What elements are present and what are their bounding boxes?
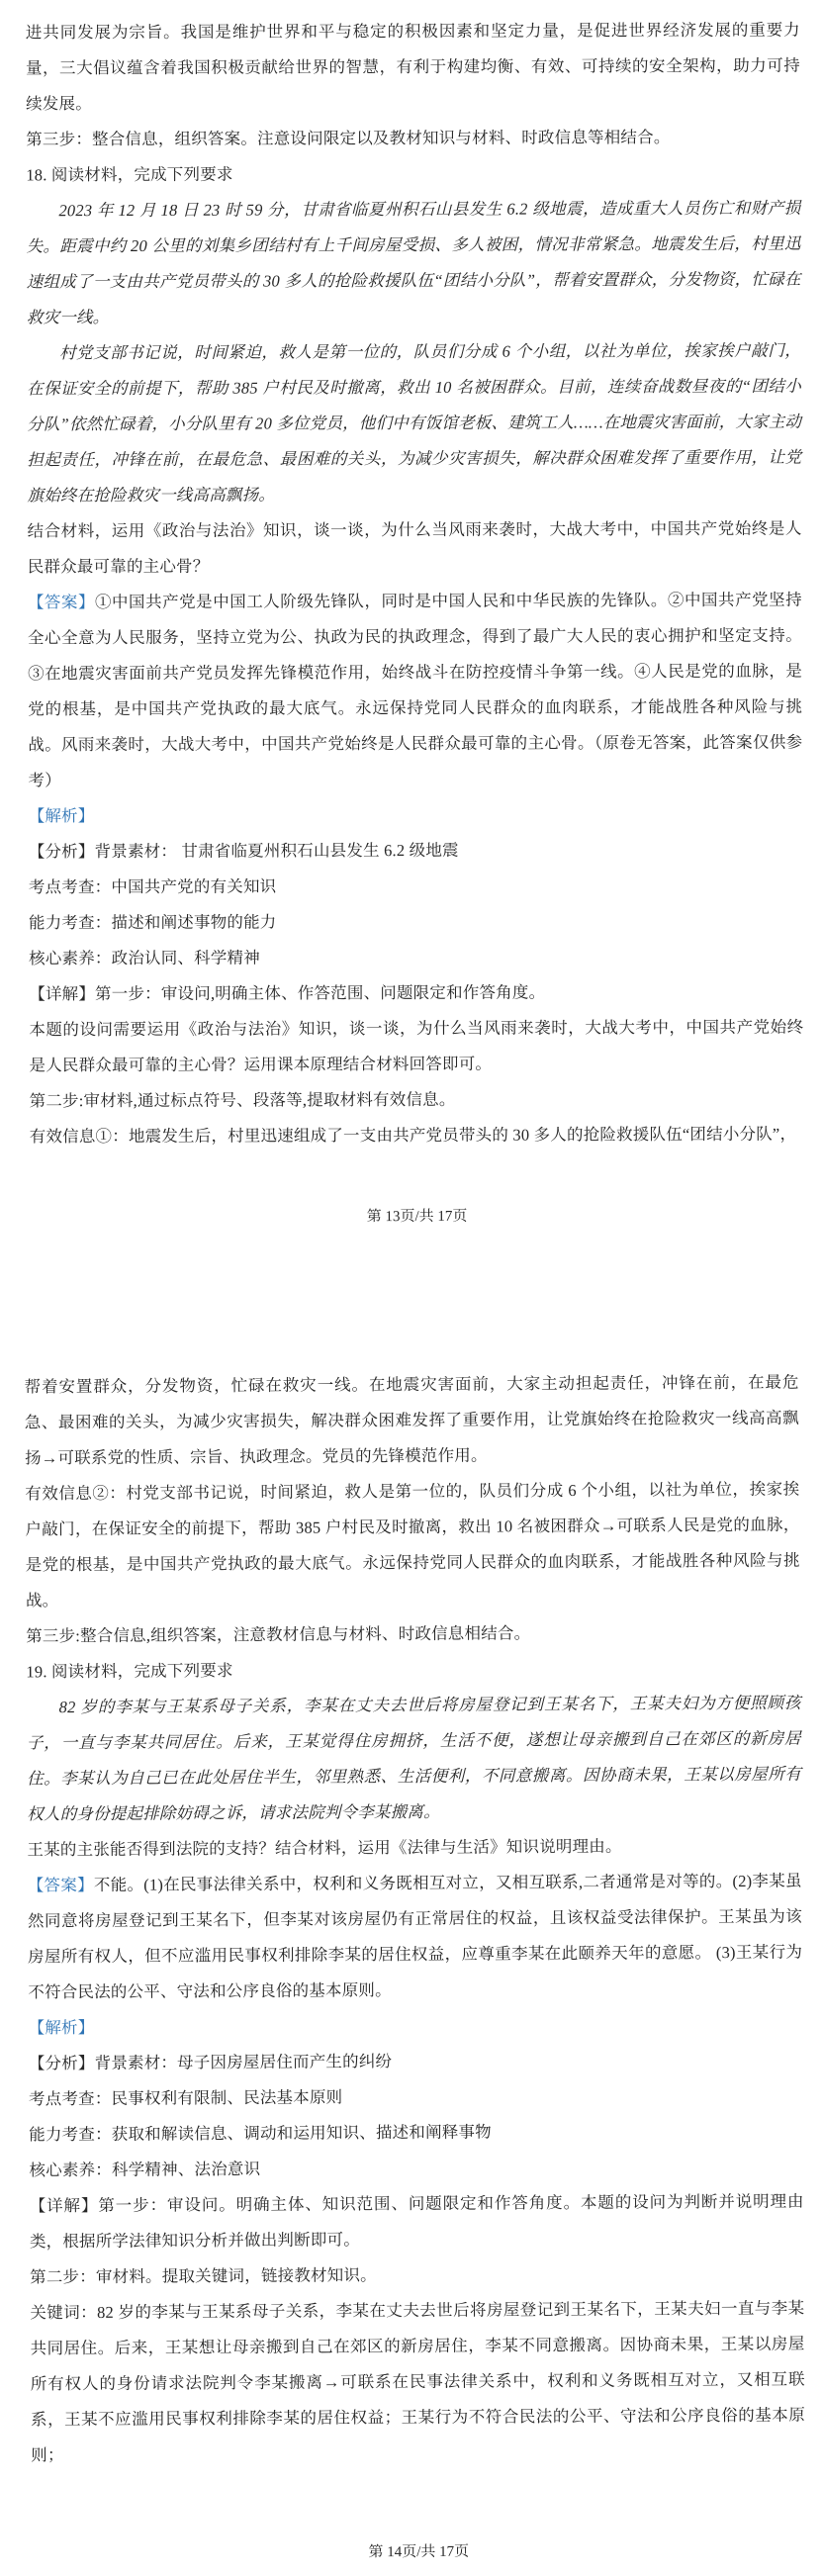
page-14: 帮着安置群众，分发物资，忙碌在救灾一线。在地震灾害面前，大家主动担起责任，冲锋在… <box>0 1288 822 2576</box>
answer-label: 【答案】 <box>28 593 95 611</box>
keywords-line: 关键词：82 岁的李某与王某系母子关系，李某在丈夫去世后将房屋登记到王某名下，王… <box>30 2291 805 2474</box>
analysis-section-label: 【解析】 <box>28 2006 802 2047</box>
detail-step1-body: 本题的设问需要运用《政治与法治》知识，谈一谈，为什么当风雨来袭时，大战大考中，中… <box>29 1010 803 1084</box>
effective-info-2-line: 有效信息②：村党支部书记说，时间紧迫，救人是第一位的，队员们分成 6 个小组，以… <box>25 1472 800 1619</box>
answer-label: 【答案】 <box>28 1876 94 1894</box>
question-19-answer-paragraph: 【答案】不能。(1)在民事法律关系中，权利和义务既相互对立，又相互联系,二者通常… <box>28 1864 803 2011</box>
question-19-prompt: 王某的主张能否得到法院的支持？结合材料，运用《法律与生活》知识说明理由。 <box>27 1828 801 1869</box>
answer-text: 不能。(1)在民事法律关系中，权利和义务既相互对立，又相互联系,二者通常是对等的… <box>28 1872 802 2002</box>
question-18-prompt: 结合材料，运用《政治与法治》知识，谈一谈，为什么当风雨来袭时，大战大考中，中国共… <box>28 511 802 586</box>
background-material-line: 【分析】背景素材： 甘肃省临夏州积石山县发生 6.2 级地震 <box>29 832 803 871</box>
document: 进共同发展为宗旨。我国是维护世界和平与稳定的积极因素和坚定力量，是促进世界经济发… <box>0 0 822 2576</box>
question-18-heading: 18. 阅读材料，完成下列要求 <box>26 155 800 194</box>
question-19-material-paragraph: 82 岁的李某与王某系母子关系，李某在丈夫去世后将房屋登记到王某名下，王某夫妇为… <box>26 1686 801 1833</box>
exam-point-line: 考点考查：中国共产党的有关知识 <box>29 868 803 906</box>
detail-step2-line: 第二步：审材料。提取关键词，链接教材知识。 <box>30 2255 804 2296</box>
detail-step1-line: 【详解】第一步：审设问,明确主体、作答范围、问题限定和作答角度。 <box>29 974 803 1013</box>
page-13: 进共同发展为宗旨。我国是维护世界和平与稳定的积极因素和坚定力量，是促进世界经济发… <box>0 0 822 1288</box>
effective-info-1-continuation: 帮着安置群众，分发物资，忙碌在救灾一线。在地震灾害面前，大家主动担起责任，冲锋在… <box>25 1365 800 1477</box>
analysis-label: 【解析】 <box>29 2018 95 2037</box>
core-literacy-line: 核心素养：政治认同、科学精神 <box>29 939 803 977</box>
question-18-answer-paragraph: 【答案】①中国共产党是中国工人阶级先锋队，同时是中国人民和中华民族的先锋队。②中… <box>28 583 803 799</box>
continuation-paragraph: 进共同发展为宗旨。我国是维护世界和平与稳定的积极因素和坚定力量，是促进世界经济发… <box>26 13 800 123</box>
page-14-content: 帮着安置群众，分发物资，忙碌在救灾一线。在地震灾害面前，大家主动担起责任，冲锋在… <box>0 1285 822 2576</box>
analysis-label: 【解析】 <box>29 806 95 825</box>
page-number-footer: 第 14页/共 17页 <box>32 2540 806 2565</box>
background-material-line: 【分析】背景素材：母子因房屋居住而产生的纠纷 <box>29 2042 803 2082</box>
question-19-heading: 19. 阅读材料，完成下列要求 <box>26 1650 800 1691</box>
step3-note-paragraph: 第三步：整合信息，组织答案。注意设问限定以及教材知识与材料、时政信息等相结合。 <box>26 120 800 158</box>
step3-note-paragraph: 第三步:整合信息,组织答案，注意教材信息与材料、时政信息相结合。 <box>26 1614 800 1655</box>
page-13-content: 进共同发展为宗旨。我国是维护世界和平与稳定的积极因素和坚定力量，是促进世界经济发… <box>0 0 822 1289</box>
question-18-material-paragraph-2: 村党支部书记说，时间紧迫，救人是第一位的，队员们分成 6 个小组，以社为单位，挨… <box>27 333 802 514</box>
question-18-material-paragraph-1: 2023 年 12 月 18 日 23 时 59 分，甘肃省临夏州积石山县发生 … <box>26 191 800 336</box>
ability-line: 能力考查：描述和阐述事物的能力 <box>29 903 803 942</box>
analysis-section-label: 【解析】 <box>29 796 803 835</box>
detail-step1-line: 【详解】第一步：审设问。明确主体、知识范围、问题限定和作答角度。本题的设问为判断… <box>30 2184 804 2260</box>
page-number-footer: 第 13页/共 17页 <box>30 1206 804 1229</box>
effective-info-1-line: 有效信息①：地震发生后，村里迅速组成了一支由共产党员带头的 30 多人的抢险救援… <box>30 1117 804 1155</box>
ability-line: 能力考查：获取和解读信息、调动和运用知识、描述和阐释事物 <box>29 2113 803 2154</box>
detail-step2-line: 第二步:审材料,通过标点符号、段落等,提取材料有效信息。 <box>30 1081 804 1120</box>
exam-point-line: 考点考查：民事权利有限制、民法基本原则 <box>29 2077 803 2118</box>
core-literacy-line: 核心素养：科学精神、法治意识 <box>29 2149 803 2189</box>
answer-text: ①中国共产党是中国工人阶级先锋队，同时是中国人民和中华民族的先锋队。②中国共产党… <box>28 591 802 790</box>
